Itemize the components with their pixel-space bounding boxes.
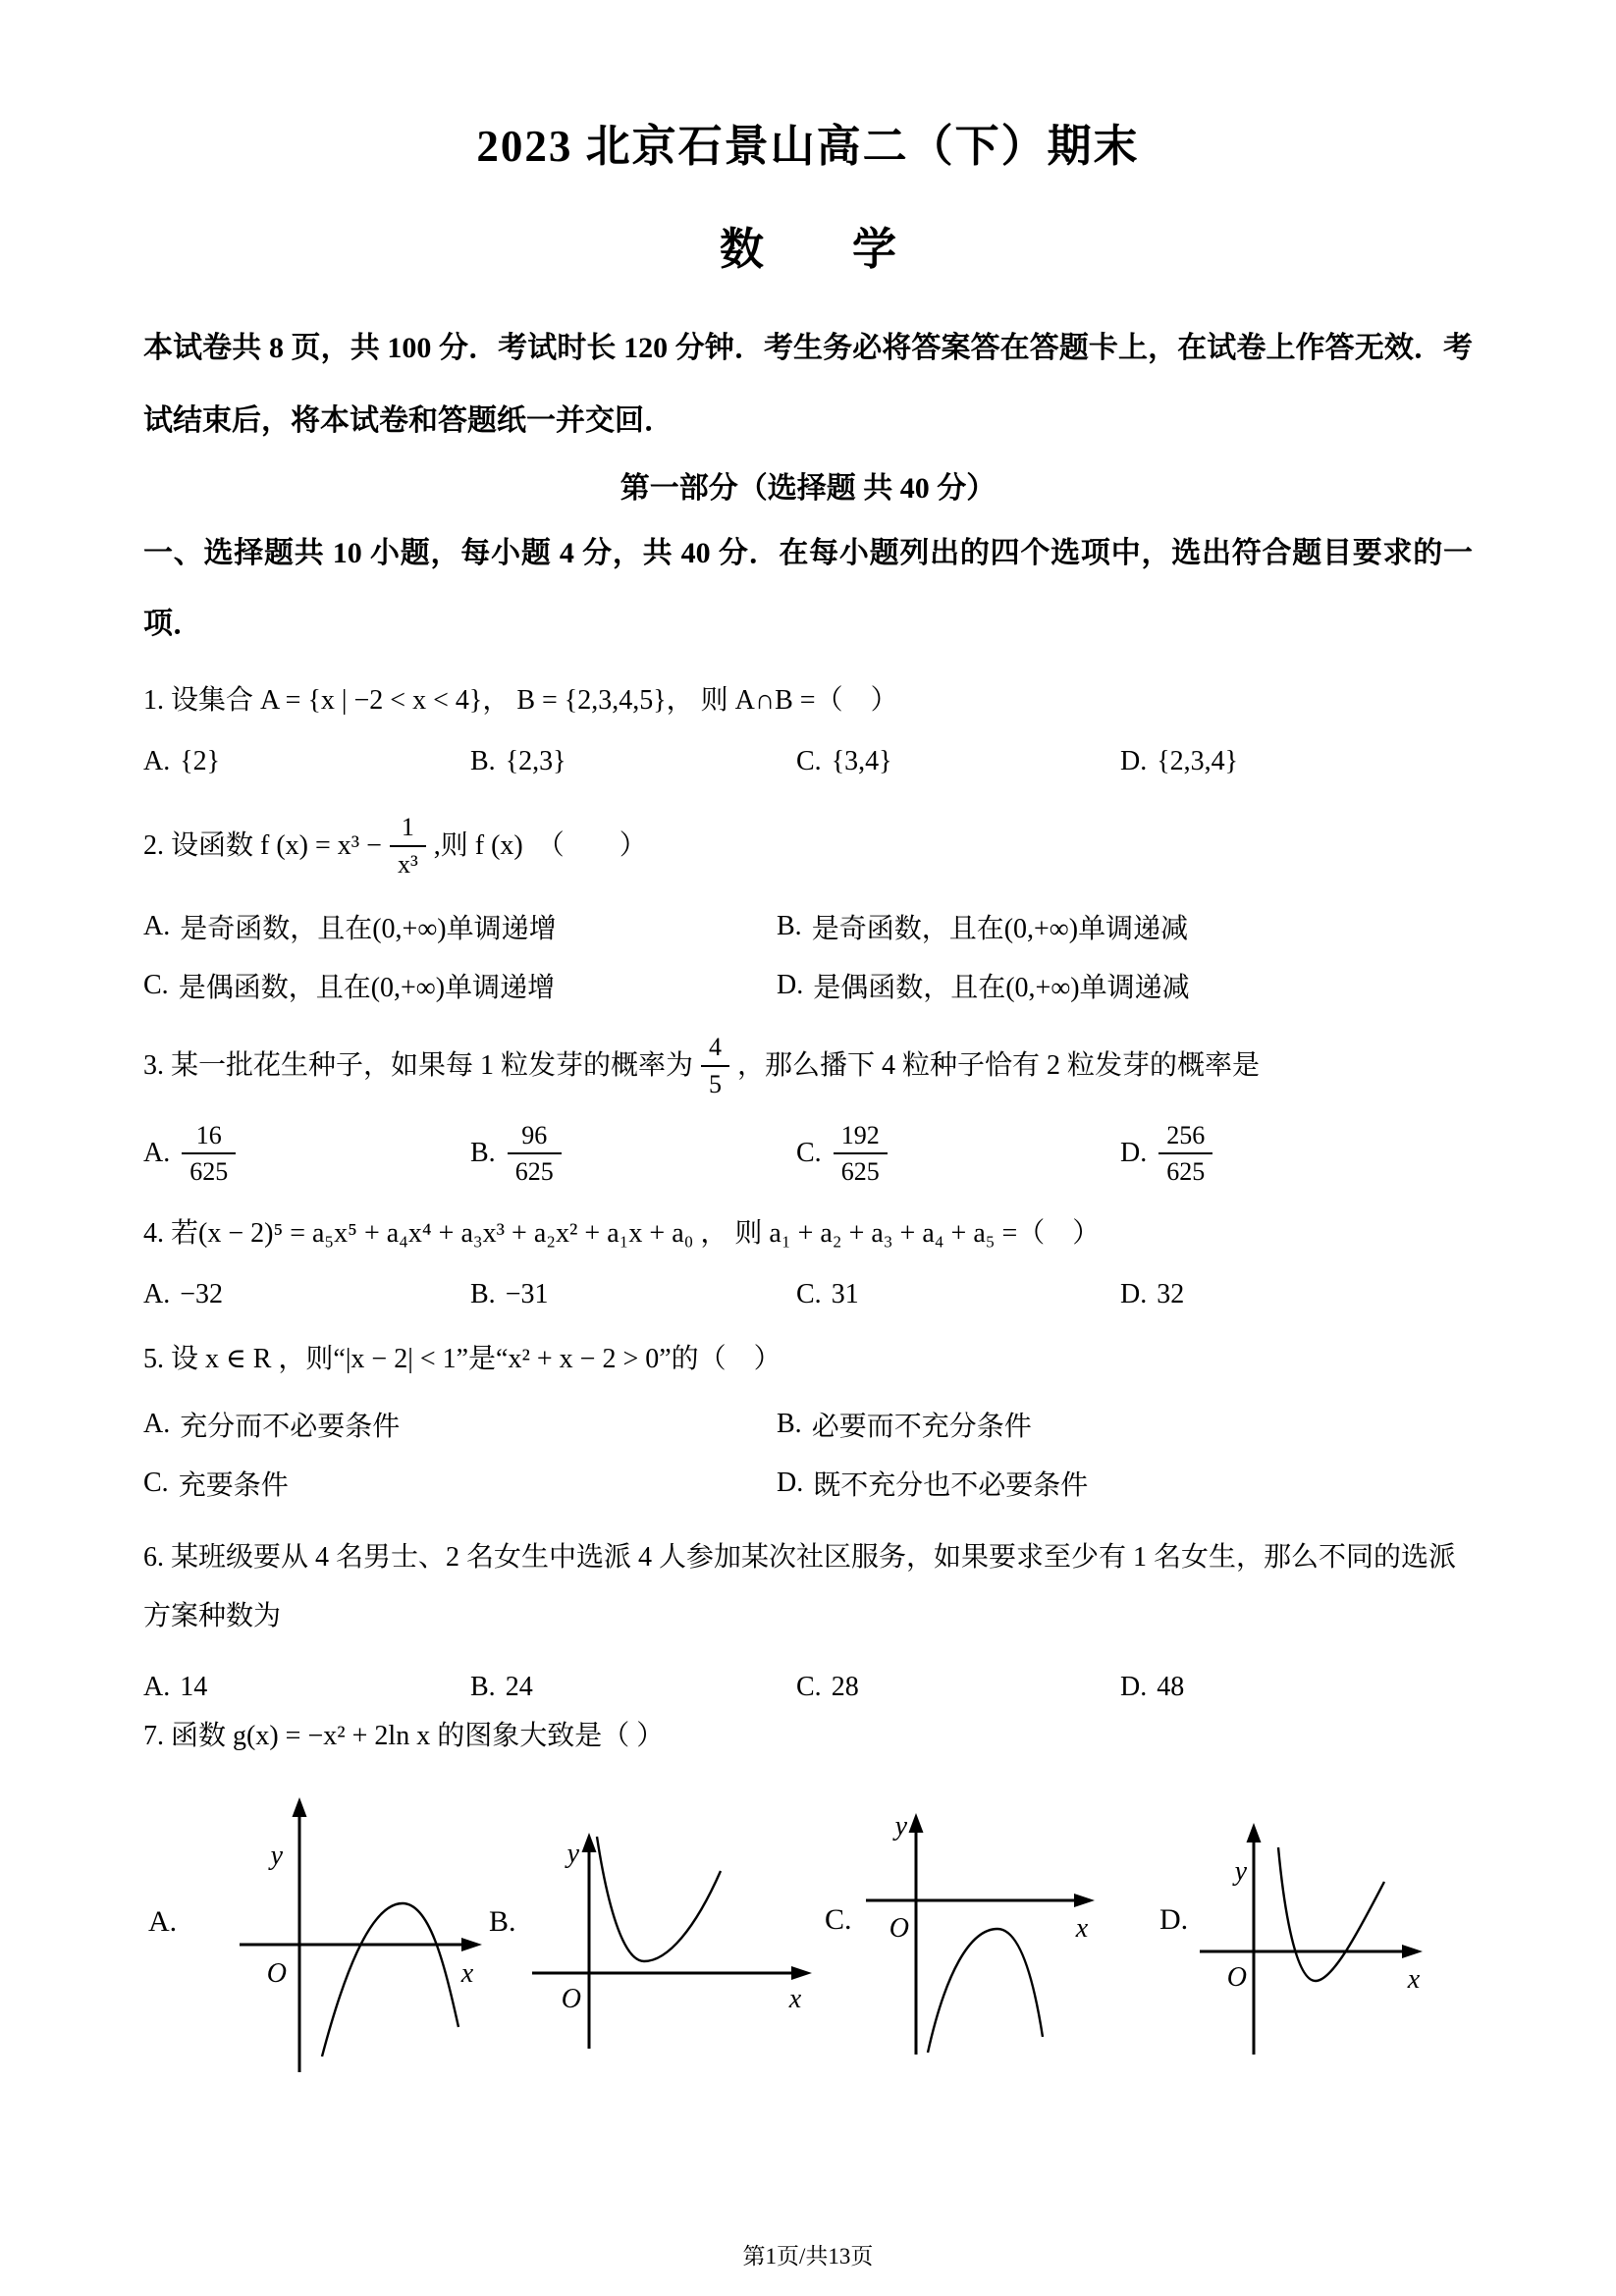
graph-b-x-axis-label: x	[788, 1984, 802, 2014]
q3-stem-pre: 3. 某一批花生种子，如果每 1 粒发芽的概率为	[143, 1046, 693, 1086]
q3-fraction: 4 5	[701, 1031, 729, 1101]
question-2-stem: 2. 设函数 f (x) = x³ − 1 x³ ,则 f (x) （ ）	[143, 811, 1473, 881]
question-6-options: A. 14 B. 24 C. 28 D. 48	[143, 1672, 1473, 1703]
q3-option-c: C. 192 625	[796, 1119, 1120, 1190]
option-text: {2,3}	[506, 746, 566, 777]
graph-c-x-axis-label: x	[1075, 1913, 1089, 1944]
option-label: C.	[143, 1468, 169, 1499]
q5-option-b: B. 必要而不充分条件	[777, 1405, 1473, 1444]
graph-c-y-axis-label: y	[892, 1811, 908, 1842]
option-text: 是偶函数，且在(0,+∞)单调递减	[813, 966, 1189, 1005]
fraction-denominator: 5	[701, 1067, 729, 1101]
graph-c-function-plot: y O x	[862, 1811, 1100, 2058]
option-label: C.	[143, 970, 169, 1001]
option-label: C.	[796, 1279, 822, 1310]
option-text: 充要条件	[179, 1464, 289, 1503]
option-label: D.	[777, 970, 803, 1001]
graph-d-y-axis-label: y	[1232, 1856, 1248, 1887]
q1-option-c: C. {3,4}	[796, 746, 1120, 777]
q6-option-c: C. 28	[796, 1672, 1120, 1703]
graph-c-origin-label: O	[889, 1913, 909, 1944]
question-6-stem: 6. 某班级要从 4 名男士、2 名女生中选派 4 人参加某次社区服务，如果要求…	[143, 1528, 1473, 1646]
option-text: 32	[1157, 1279, 1184, 1310]
q2-option-a: A. 是奇函数，且在(0,+∞)单调递增	[143, 907, 777, 946]
q2-option-c: C. 是偶函数，且在(0,+∞)单调递增	[143, 966, 777, 1005]
option-label: B.	[470, 746, 496, 777]
option-label: C.	[796, 1672, 822, 1703]
graph-a-function-plot: y O x	[177, 1797, 483, 2078]
question-1-options: A. {2} B. {2,3} C. {3,4} D. {2,3,4}	[143, 746, 1473, 777]
q4-option-b: B. −31	[470, 1279, 796, 1310]
option-text: 31	[832, 1279, 859, 1310]
option-text: 24	[506, 1672, 533, 1703]
q3-option-b: B. 96 625	[470, 1119, 796, 1190]
q2-stem-post: ,则 f (x) （ ）	[434, 827, 647, 866]
option-text: 是偶函数，且在(0,+∞)单调递增	[179, 966, 555, 1005]
option-text: 充分而不必要条件	[180, 1405, 400, 1444]
option-label: A.	[143, 746, 170, 777]
question-2-options: A. 是奇函数，且在(0,+∞)单调递增 B. 是奇函数，且在(0,+∞)单调递…	[143, 907, 1473, 1005]
option-text: {3,4}	[832, 746, 892, 777]
option-text: 是奇函数，且在(0,+∞)单调递增	[180, 907, 556, 946]
graph-a-x-axis-label: x	[460, 1958, 474, 1989]
question-7-stem: 7. 函数 g(x) = −x² + 2ln x 的图象大致是（ ）	[143, 1717, 1473, 1756]
option-label: D.	[777, 1468, 803, 1499]
fraction-numerator: 192	[834, 1119, 888, 1155]
exam-title: 2023 北京石景山高二（下）期末	[143, 0, 1473, 174]
fraction-numerator: 1	[390, 811, 426, 847]
q1-option-d: D. {2,3,4}	[1120, 746, 1473, 777]
fraction-numerator: 4	[701, 1031, 729, 1067]
exam-instructions: 本试卷共 8 页，共 100 分．考试时长 120 分钟．考生务必将答案答在答题…	[143, 312, 1473, 457]
graph-d-x-axis-label: x	[1407, 1964, 1421, 1995]
q1-option-b: B. {2,3}	[470, 746, 796, 777]
question-4-stem: 4. 若(x − 2)⁵ = a₅x⁵ + a₄x⁴ + a₃x³ + a₂x²…	[143, 1214, 1473, 1254]
option-label: B.	[470, 1279, 496, 1310]
question-5-stem: 5. 设 x ∈ R ，则“|x − 2| < 1”是“x² + x − 2 >…	[143, 1340, 1473, 1379]
q6-option-a: A. 14	[143, 1672, 470, 1703]
q1-option-a: A. {2}	[143, 746, 470, 777]
option-fraction: 16 625	[182, 1119, 236, 1190]
option-label: A.	[143, 1409, 170, 1440]
question-4-options: A. −32 B. −31 C. 31 D. 32	[143, 1279, 1473, 1310]
q4-option-d: D. 32	[1120, 1279, 1473, 1310]
question-7-graphs: A. y O x B. y O x C.	[137, 1780, 1482, 2172]
exam-page: 2023 北京石景山高二（下）期末 数 学 本试卷共 8 页，共 100 分．考…	[0, 0, 1616, 2296]
fraction-denominator: 625	[1158, 1154, 1212, 1189]
graph-d-function-plot: y O x	[1178, 1821, 1426, 2058]
option-text: {2}	[180, 746, 220, 777]
q6-option-b: B. 24	[470, 1672, 796, 1703]
option-text: 既不充分也不必要条件	[813, 1464, 1088, 1503]
option-text: 必要而不充分条件	[812, 1405, 1032, 1444]
fraction-numerator: 16	[182, 1119, 236, 1155]
q4-option-c: C. 31	[796, 1279, 1120, 1310]
q3-option-d: D. 256 625	[1120, 1119, 1473, 1190]
page-number: 第1页/共13页	[0, 2238, 1616, 2270]
q4-option-a: A. −32	[143, 1279, 470, 1310]
graph-a-origin-label: O	[267, 1958, 287, 1989]
option-label: D.	[1120, 1672, 1147, 1703]
section1-heading: 一、选择题共 10 小题，每小题 4 分，共 40 分．在每小题列出的四个选项中…	[143, 518, 1473, 660]
option-label: B.	[470, 1672, 496, 1703]
q2-option-b: B. 是奇函数，且在(0,+∞)单调递减	[777, 907, 1473, 946]
graph-b-label: B.	[489, 1905, 516, 1939]
option-text: 28	[832, 1672, 859, 1703]
fraction-denominator: 625	[182, 1154, 236, 1189]
graph-b-y-axis-label: y	[565, 1839, 580, 1869]
part1-heading: 第一部分（选择题 共 40 分）	[143, 463, 1473, 507]
option-fraction: 96 625	[508, 1119, 562, 1190]
option-fraction: 192 625	[834, 1119, 888, 1190]
q2-fraction: 1 x³	[390, 811, 426, 881]
option-text: −32	[180, 1279, 223, 1310]
graph-d-origin-label: O	[1227, 1962, 1247, 1993]
graph-b-function-plot: y O x	[528, 1831, 815, 2055]
page-content: 2023 北京石景山高二（下）期末 数 学 本试卷共 8 页，共 100 分．考…	[0, 0, 1616, 1756]
option-label: D.	[1120, 1138, 1147, 1169]
option-label: A.	[143, 1279, 170, 1310]
question-5-options: A. 充分而不必要条件 B. 必要而不充分条件 C. 充要条件 D. 既不充分也…	[143, 1405, 1473, 1503]
option-label: C.	[796, 1138, 822, 1169]
option-label: A.	[143, 1672, 170, 1703]
option-label: C.	[796, 746, 822, 777]
option-label: B.	[777, 1409, 802, 1440]
option-text: 14	[180, 1672, 207, 1703]
fraction-denominator: 625	[508, 1154, 562, 1189]
option-text: 是奇函数，且在(0,+∞)单调递减	[812, 907, 1188, 946]
option-text: −31	[506, 1279, 549, 1310]
option-label: B.	[777, 911, 802, 942]
question-3-stem: 3. 某一批花生种子，如果每 1 粒发芽的概率为 4 5 ，那么播下 4 粒种子…	[143, 1031, 1473, 1101]
option-label: B.	[470, 1138, 496, 1169]
exam-subject: 数 学	[143, 213, 1473, 277]
q5-option-a: A. 充分而不必要条件	[143, 1405, 777, 1444]
q5-option-d: D. 既不充分也不必要条件	[777, 1464, 1473, 1503]
option-label: A.	[143, 911, 170, 942]
q2-stem-pre: 2. 设函数 f (x) = x³ −	[143, 827, 382, 866]
fraction-denominator: 625	[834, 1154, 888, 1189]
graph-a-y-axis-label: y	[268, 1841, 284, 1871]
graph-b-origin-label: O	[562, 1984, 581, 2014]
fraction-numerator: 96	[508, 1119, 562, 1155]
q5-option-c: C. 充要条件	[143, 1464, 777, 1503]
q2-option-d: D. 是偶函数，且在(0,+∞)单调递减	[777, 966, 1473, 1005]
q6-option-d: D. 48	[1120, 1672, 1473, 1703]
option-label: D.	[1120, 746, 1147, 777]
option-label: D.	[1120, 1279, 1147, 1310]
question-1-stem: 1. 设集合 A = {x | −2 < x < 4}， B = {2,3,4,…	[143, 681, 1473, 721]
option-label: A.	[143, 1138, 170, 1169]
fraction-denominator: x³	[390, 847, 426, 881]
graph-a-label: A.	[148, 1905, 177, 1939]
q3-stem-post: ，那么播下 4 粒种子恰有 2 粒发芽的概率是	[737, 1046, 1260, 1086]
question-3-options: A. 16 625 B. 96 625 C. 192 625	[143, 1119, 1473, 1190]
q3-option-a: A. 16 625	[143, 1119, 470, 1190]
option-text: {2,3,4}	[1157, 746, 1238, 777]
fraction-numerator: 256	[1158, 1119, 1212, 1155]
graph-c-label: C.	[825, 1903, 852, 1937]
option-text: 48	[1157, 1672, 1184, 1703]
option-fraction: 256 625	[1158, 1119, 1212, 1190]
